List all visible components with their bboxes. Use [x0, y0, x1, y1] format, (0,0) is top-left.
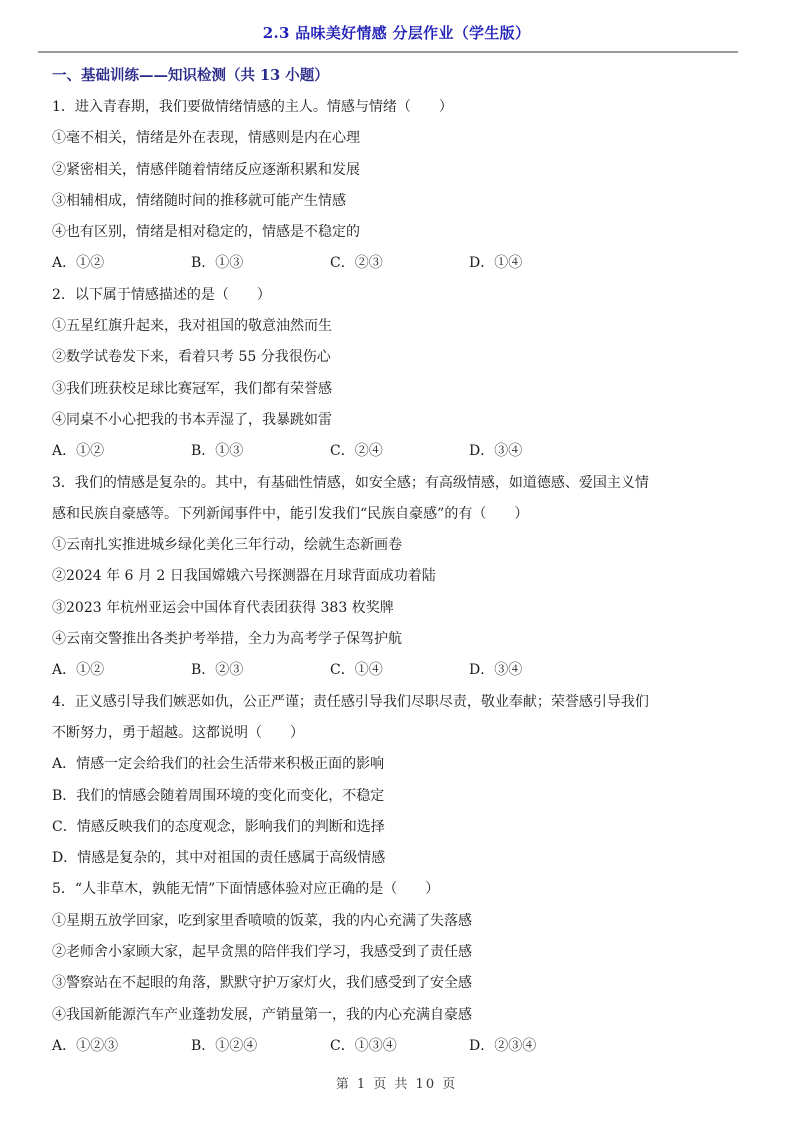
- statement-item: ③我们班获校足球比赛冠军，我们都有荣誉感: [52, 374, 742, 405]
- option-a: A．①②③: [52, 1031, 191, 1062]
- option-c: C．①③④: [330, 1031, 469, 1062]
- statement-item: ③相辅相成，情绪随时间的推移就可能产生情感: [52, 186, 742, 217]
- statement-item: ④也有区别，情绪是相对稳定的，情感是不稳定的: [52, 217, 742, 248]
- option-b: B．①③: [191, 248, 330, 279]
- question-1: 1．进入青春期，我们要做情绪情感的主人。情感与情绪（ ） ①毫不相关，情绪是外在…: [52, 92, 742, 280]
- question-stem: 1．进入青春期，我们要做情绪情感的主人。情感与情绪（ ）: [52, 92, 742, 123]
- option-c: C．情感反映我们的态度观念，影响我们的判断和选择: [52, 812, 742, 843]
- statement-item: ②紧密相关，情感伴随着情绪反应逐渐积累和发展: [52, 155, 742, 186]
- statement-item: ②数学试卷发下来，看着只考 55 分我很伤心: [52, 342, 742, 373]
- question-stem: 2．以下属于情感描述的是（ ）: [52, 280, 742, 311]
- option-b: B．①②④: [191, 1031, 330, 1062]
- option-a: A．情感一定会给我们的社会生活带来积极正面的影响: [52, 749, 742, 780]
- option-d: D．③④: [469, 655, 608, 686]
- title-divider: [38, 51, 738, 53]
- question-stem-continued: 不断努力，勇于超越。这都说明（ ）: [52, 718, 742, 749]
- option-a: A．①②: [52, 436, 191, 467]
- option-d: D．③④: [469, 436, 608, 467]
- statement-item: ①五星红旗升起来，我对祖国的敬意油然而生: [52, 311, 742, 342]
- answer-options: A．①② B．①③ C．②④ D．③④: [52, 436, 742, 467]
- option-d: D．②③④: [469, 1031, 608, 1062]
- option-b: B．①③: [191, 436, 330, 467]
- option-c: C．②④: [330, 436, 469, 467]
- option-c: C．①④: [330, 655, 469, 686]
- section-heading: 一、基础训练——知识检测（共 13 小题）: [52, 64, 329, 85]
- option-c: C．②③: [330, 248, 469, 279]
- statement-item: ②2024 年 6 月 2 日我国嫦娥六号探测器在月球背面成功着陆: [52, 561, 742, 592]
- question-stem: 4．正义感引导我们嫉恶如仇，公正严谨；责任感引导我们尽职尽责，敬业奉献；荣誉感引…: [52, 687, 742, 718]
- question-stem: 5．“人非草木，孰能无情”下面情感体验对应正确的是（ ）: [52, 874, 742, 905]
- statement-item: ①星期五放学回家，吃到家里香喷喷的饭菜，我的内心充满了失落感: [52, 906, 742, 937]
- page-title: 2.3 品味美好情感 分层作业（学生版）: [0, 22, 793, 43]
- question-list: 1．进入青春期，我们要做情绪情感的主人。情感与情绪（ ） ①毫不相关，情绪是外在…: [52, 92, 742, 1062]
- question-2: 2．以下属于情感描述的是（ ） ①五星红旗升起来，我对祖国的敬意油然而生 ②数学…: [52, 280, 742, 468]
- option-b: B．②③: [191, 655, 330, 686]
- option-a: A．①②: [52, 655, 191, 686]
- question-5: 5．“人非草木，孰能无情”下面情感体验对应正确的是（ ） ①星期五放学回家，吃到…: [52, 874, 742, 1062]
- statement-item: ③警察站在不起眼的角落，默默守护万家灯火，我们感受到了安全感: [52, 968, 742, 999]
- page-number: 第 1 页 共 10 页: [0, 1073, 793, 1092]
- question-stem-continued: 感和民族自豪感等。下列新闻事件中，能引发我们“民族自豪感”的有（ ）: [52, 499, 742, 530]
- answer-options: A．①②③ B．①②④ C．①③④ D．②③④: [52, 1031, 742, 1062]
- answer-options: A．①② B．②③ C．①④ D．③④: [52, 655, 742, 686]
- option-a: A．①②: [52, 248, 191, 279]
- statement-item: ②老师舍小家顾大家，起早贪黑的陪伴我们学习，我感受到了责任感: [52, 937, 742, 968]
- question-stem: 3．我们的情感是复杂的。其中，有基础性情感，如安全感；有高级情感，如道德感、爱国…: [52, 468, 742, 499]
- option-d: D．情感是复杂的，其中对祖国的责任感属于高级情感: [52, 843, 742, 874]
- statement-item: ④我国新能源汽车产业蓬勃发展，产销量第一，我的内心充满自豪感: [52, 1000, 742, 1031]
- question-3: 3．我们的情感是复杂的。其中，有基础性情感，如安全感；有高级情感，如道德感、爱国…: [52, 468, 742, 687]
- option-d: D．①④: [469, 248, 608, 279]
- question-4: 4．正义感引导我们嫉恶如仇，公正严谨；责任感引导我们尽职尽责，敬业奉献；荣誉感引…: [52, 687, 742, 875]
- option-b: B．我们的情感会随着周围环境的变化而变化，不稳定: [52, 781, 742, 812]
- statement-item: ④云南交警推出各类护考举措，全力为高考学子保驾护航: [52, 624, 742, 655]
- answer-options: A．①② B．①③ C．②③ D．①④: [52, 248, 742, 279]
- statement-item: ①云南扎实推进城乡绿化美化三年行动，绘就生态新画卷: [52, 530, 742, 561]
- statement-item: ④同桌不小心把我的书本弄湿了，我暴跳如雷: [52, 405, 742, 436]
- statement-item: ③2023 年杭州亚运会中国体育代表团获得 383 枚奖牌: [52, 593, 742, 624]
- statement-item: ①毫不相关，情绪是外在表现，情感则是内在心理: [52, 123, 742, 154]
